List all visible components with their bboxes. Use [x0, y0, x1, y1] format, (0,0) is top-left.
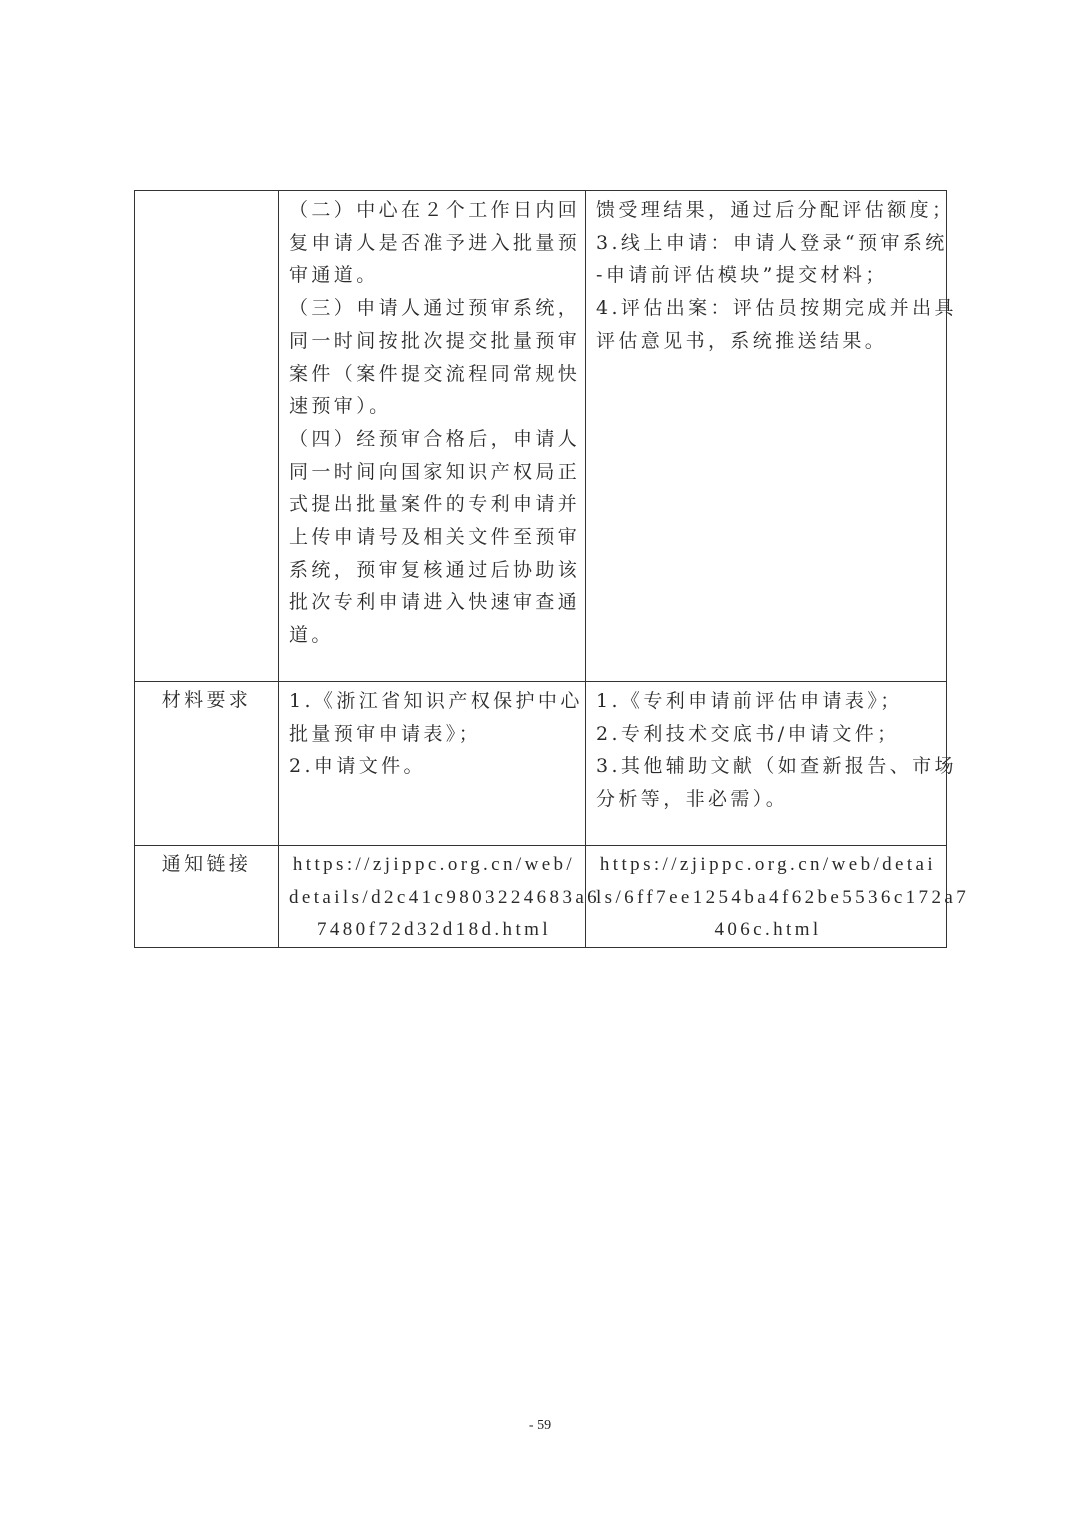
page-number: - 59	[0, 1418, 1080, 1434]
text-line: 馈受理结果，通过后分配评估额度；	[596, 194, 940, 227]
table-row-links: 通知链接 https://zjippc.org.cn/web/ details/…	[135, 846, 947, 948]
text-line: （二）中心在２个工作日内回	[289, 194, 579, 227]
text-line: （四）经预审合格后，申请人	[289, 423, 579, 456]
text-line: 审通道。	[289, 259, 579, 292]
text-line: 批次专利申请进入快速审查通	[289, 586, 579, 619]
link-line[interactable]: 406c.html	[596, 914, 940, 947]
batch-process-cell: （二）中心在２个工作日内回 复申请人是否准予进入批量预 审通道。 （三）申请人通…	[279, 191, 586, 682]
text-line: 复申请人是否准予进入批量预	[289, 227, 579, 260]
link-line[interactable]: https://zjippc.org.cn/web/	[289, 849, 579, 882]
table-row-materials: 材料要求 1.《浙江省知识产权保护中心 批量预审申请表》； 2.申请文件。 1.…	[135, 682, 947, 846]
text-line: 2.申请文件。	[289, 750, 579, 783]
row-label-materials: 材料要求	[135, 682, 279, 846]
text-line: 上传申请号及相关文件至预审	[289, 521, 579, 554]
text-line: 案件（案件提交流程同常规快	[289, 358, 579, 391]
text-line: （三）申请人通过预审系统，	[289, 292, 579, 325]
pre-evaluation-materials-cell: 1.《专利申请前评估申请表》； 2.专利技术交底书/申请文件； 3.其他辅助文献…	[586, 682, 947, 846]
text-line: 评估意见书，系统推送结果。	[596, 325, 940, 358]
pre-evaluation-notice-link[interactable]: https://zjippc.org.cn/web/detai ls/6ff7e…	[586, 846, 947, 948]
text-line: 3.其他辅助文献（如查新报告、市场	[596, 750, 940, 783]
text-line: 式提出批量案件的专利申请并	[289, 488, 579, 521]
link-line[interactable]: https://zjippc.org.cn/web/detai	[596, 849, 940, 882]
link-line[interactable]: details/d2c41c9803224683a6	[289, 882, 579, 915]
link-line[interactable]: 7480f72d32d18d.html	[289, 914, 579, 947]
link-line[interactable]: ls/6ff7ee1254ba4f62be5536c172a7	[596, 882, 940, 915]
text-line: 1.《专利申请前评估申请表》；	[596, 685, 940, 718]
row-label-empty	[135, 191, 279, 682]
text-line: 同一时间按批次提交批量预审	[289, 325, 579, 358]
text-line: 4.评估出案：评估员按期完成并出具	[596, 292, 940, 325]
pre-evaluation-process-cell: 馈受理结果，通过后分配评估额度； 3.线上申请：申请人登录“预审系统 -申请前评…	[586, 191, 947, 682]
batch-notice-link[interactable]: https://zjippc.org.cn/web/ details/d2c41…	[279, 846, 586, 948]
row-label-links: 通知链接	[135, 846, 279, 948]
text-line: 3.线上申请：申请人登录“预审系统	[596, 227, 940, 260]
text-line: 同一时间向国家知识产权局正	[289, 456, 579, 489]
text-line: 系统，预审复核通过后协助该	[289, 554, 579, 587]
text-line: 分析等，非必需）。	[596, 783, 940, 816]
text-line: 批量预审申请表》；	[289, 718, 579, 751]
text-line: 速预审）。	[289, 390, 579, 423]
text-line: 2.专利技术交底书/申请文件；	[596, 718, 940, 751]
batch-materials-cell: 1.《浙江省知识产权保护中心 批量预审申请表》； 2.申请文件。	[279, 682, 586, 846]
text-line: 1.《浙江省知识产权保护中心	[289, 685, 579, 718]
text-line: 道。	[289, 619, 579, 652]
table-row-process: （二）中心在２个工作日内回 复申请人是否准予进入批量预 审通道。 （三）申请人通…	[135, 191, 947, 682]
document-page: （二）中心在２个工作日内回 复申请人是否准予进入批量预 审通道。 （三）申请人通…	[0, 0, 1080, 1527]
comparison-table: （二）中心在２个工作日内回 复申请人是否准予进入批量预 审通道。 （三）申请人通…	[134, 190, 947, 948]
text-line: -申请前评估模块”提交材料；	[596, 259, 940, 292]
